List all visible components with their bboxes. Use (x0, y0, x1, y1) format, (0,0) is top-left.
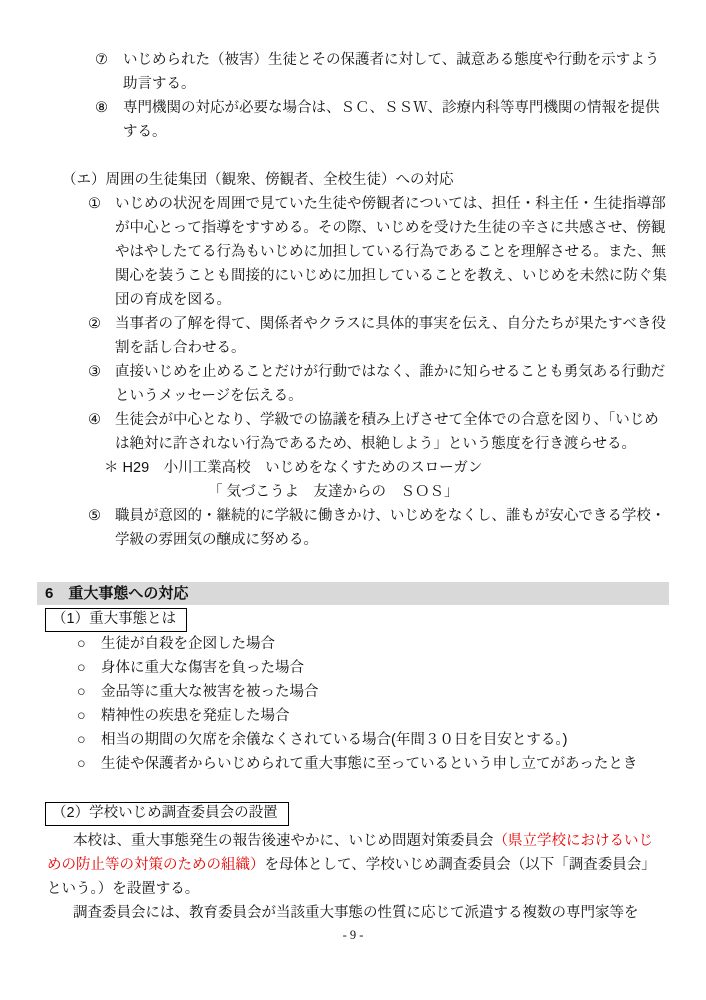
list-item-4: ④ 生徒会が中心となり、学級での協議を積み上げさせて全体での合意を図り、「いじめ… (88, 408, 672, 456)
subsection-1-title-box: （1）重大事態とは (45, 608, 187, 632)
circled-number-marker: ⑦ (95, 48, 123, 96)
list-item-text: いじめられた（被害）生徒とその保護者に対して、誠意ある態度や行動を示すよう助言す… (123, 48, 670, 96)
page-number: - 9 - (0, 928, 706, 943)
list-item-text: 直接いじめを止めることだけが行動ではなく、誰かに知らせることも勇気ある行動だとい… (115, 360, 672, 408)
list-item-text: 当事者の了解を得て、関係者やクラスに具体的事実を伝え、自分たちが果たすべき役割を… (115, 312, 672, 360)
list-item-text: 生徒会が中心となり、学級での協議を積み上げさせて全体での合意を図り、「いじめは絶… (115, 408, 672, 456)
circled-number-marker: ⑧ (95, 96, 123, 144)
subsection-e-heading: （エ）周囲の生徒集団（観衆、傍観者、全校生徒）への対応 (62, 168, 672, 192)
section-6-heading: 6 重大事態への対応 (37, 582, 669, 605)
circle-bullet-marker: ○ (77, 752, 101, 776)
circled-number-marker: ④ (88, 408, 115, 456)
slogan-note-line1: ＊ H29 小川工業高校 いじめをなくすためのスローガン (104, 456, 672, 480)
bullet-item: ○ 相当の期間の欠席を余儀なくされている場合(年間３０日を目安とする。) (77, 728, 672, 752)
slogan-note-line2: 「 気づこうよ 友達からの ＳＯＳ」 (208, 480, 672, 504)
circled-number-marker: ⑤ (88, 504, 115, 552)
circle-bullet-marker: ○ (77, 728, 101, 752)
list-item-1: ① いじめの状況を周囲で見ていた生徒や傍観者については、担任・科主任・生徒指導部… (88, 192, 672, 312)
list-item-2: ② 当事者の了解を得て、関係者やクラスに具体的事実を伝え、自分たちが果たすべき役… (88, 312, 672, 360)
circled-number-marker: ③ (88, 360, 115, 408)
bullet-text: 生徒や保護者からいじめられて重大事態に至っているという申し立てがあったとき (101, 752, 672, 776)
bullet-text: 身体に重大な傷害を負った場合 (101, 656, 672, 680)
bullet-text: 生徒が自殺を企図した場合 (101, 632, 672, 656)
list-item-7: ⑦ いじめられた（被害）生徒とその保護者に対して、誠意ある態度や行動を示すよう助… (95, 48, 670, 96)
circle-bullet-marker: ○ (77, 704, 101, 728)
circle-bullet-marker: ○ (77, 680, 101, 704)
circled-number-marker: ① (88, 192, 115, 312)
paragraph-2: 調査委員会には、教育委員会が当該重大事態の性質に応じて派遣する複数の専門家等を (47, 901, 664, 925)
list-item-text: 専門機関の対応が必要な場合は、ＳＣ、ＳＳＷ、診療内科等専門機関の情報を提供する。 (123, 96, 670, 144)
subsection-2-title-box: （2）学校いじめ調査委員会の設置 (45, 802, 289, 826)
bullet-text: 相当の期間の欠席を余儀なくされている場合(年間３０日を目安とする。) (101, 728, 672, 752)
bullet-item: ○ 精神性の疾患を発症した場合 (77, 704, 672, 728)
bullet-item: ○ 生徒や保護者からいじめられて重大事態に至っているという申し立てがあったとき (77, 752, 672, 776)
circle-bullet-marker: ○ (77, 656, 101, 680)
list-item-3: ③ 直接いじめを止めることだけが行動ではなく、誰かに知らせることも勇気ある行動だ… (88, 360, 672, 408)
bullet-text: 金品等に重大な被害を被った場合 (101, 680, 672, 704)
document-page: ⑦ いじめられた（被害）生徒とその保護者に対して、誠意ある態度や行動を示すよう助… (0, 0, 706, 1000)
bullet-item: ○ 金品等に重大な被害を被った場合 (77, 680, 672, 704)
bullet-text: 精神性の疾患を発症した場合 (101, 704, 672, 728)
list-item-text: 職員が意図的・継続的に学級に働きかけ、いじめをなくし、誰もが安心できる学校・学級… (115, 504, 672, 552)
circle-bullet-marker: ○ (77, 632, 101, 656)
paragraph-1: 本校は、重大事態発生の報告後速やかに、いじめ問題対策委員会（県立学校におけるいじ… (47, 829, 664, 901)
circled-number-marker: ② (88, 312, 115, 360)
bullet-item: ○ 身体に重大な傷害を負った場合 (77, 656, 672, 680)
bullet-item: ○ 生徒が自殺を企図した場合 (77, 632, 672, 656)
list-item-text: いじめの状況を周囲で見ていた生徒や傍観者については、担任・科主任・生徒指導部が中… (115, 192, 672, 312)
list-item-8: ⑧ 専門機関の対応が必要な場合は、ＳＣ、ＳＳＷ、診療内科等専門機関の情報を提供す… (95, 96, 670, 144)
paragraph-1-black-part1: 本校は、重大事態発生の報告後速やかに、いじめ問題対策委員会 (73, 833, 494, 849)
list-item-5: ⑤ 職員が意図的・継続的に学級に働きかけ、いじめをなくし、誰もが安心できる学校・… (88, 504, 672, 552)
